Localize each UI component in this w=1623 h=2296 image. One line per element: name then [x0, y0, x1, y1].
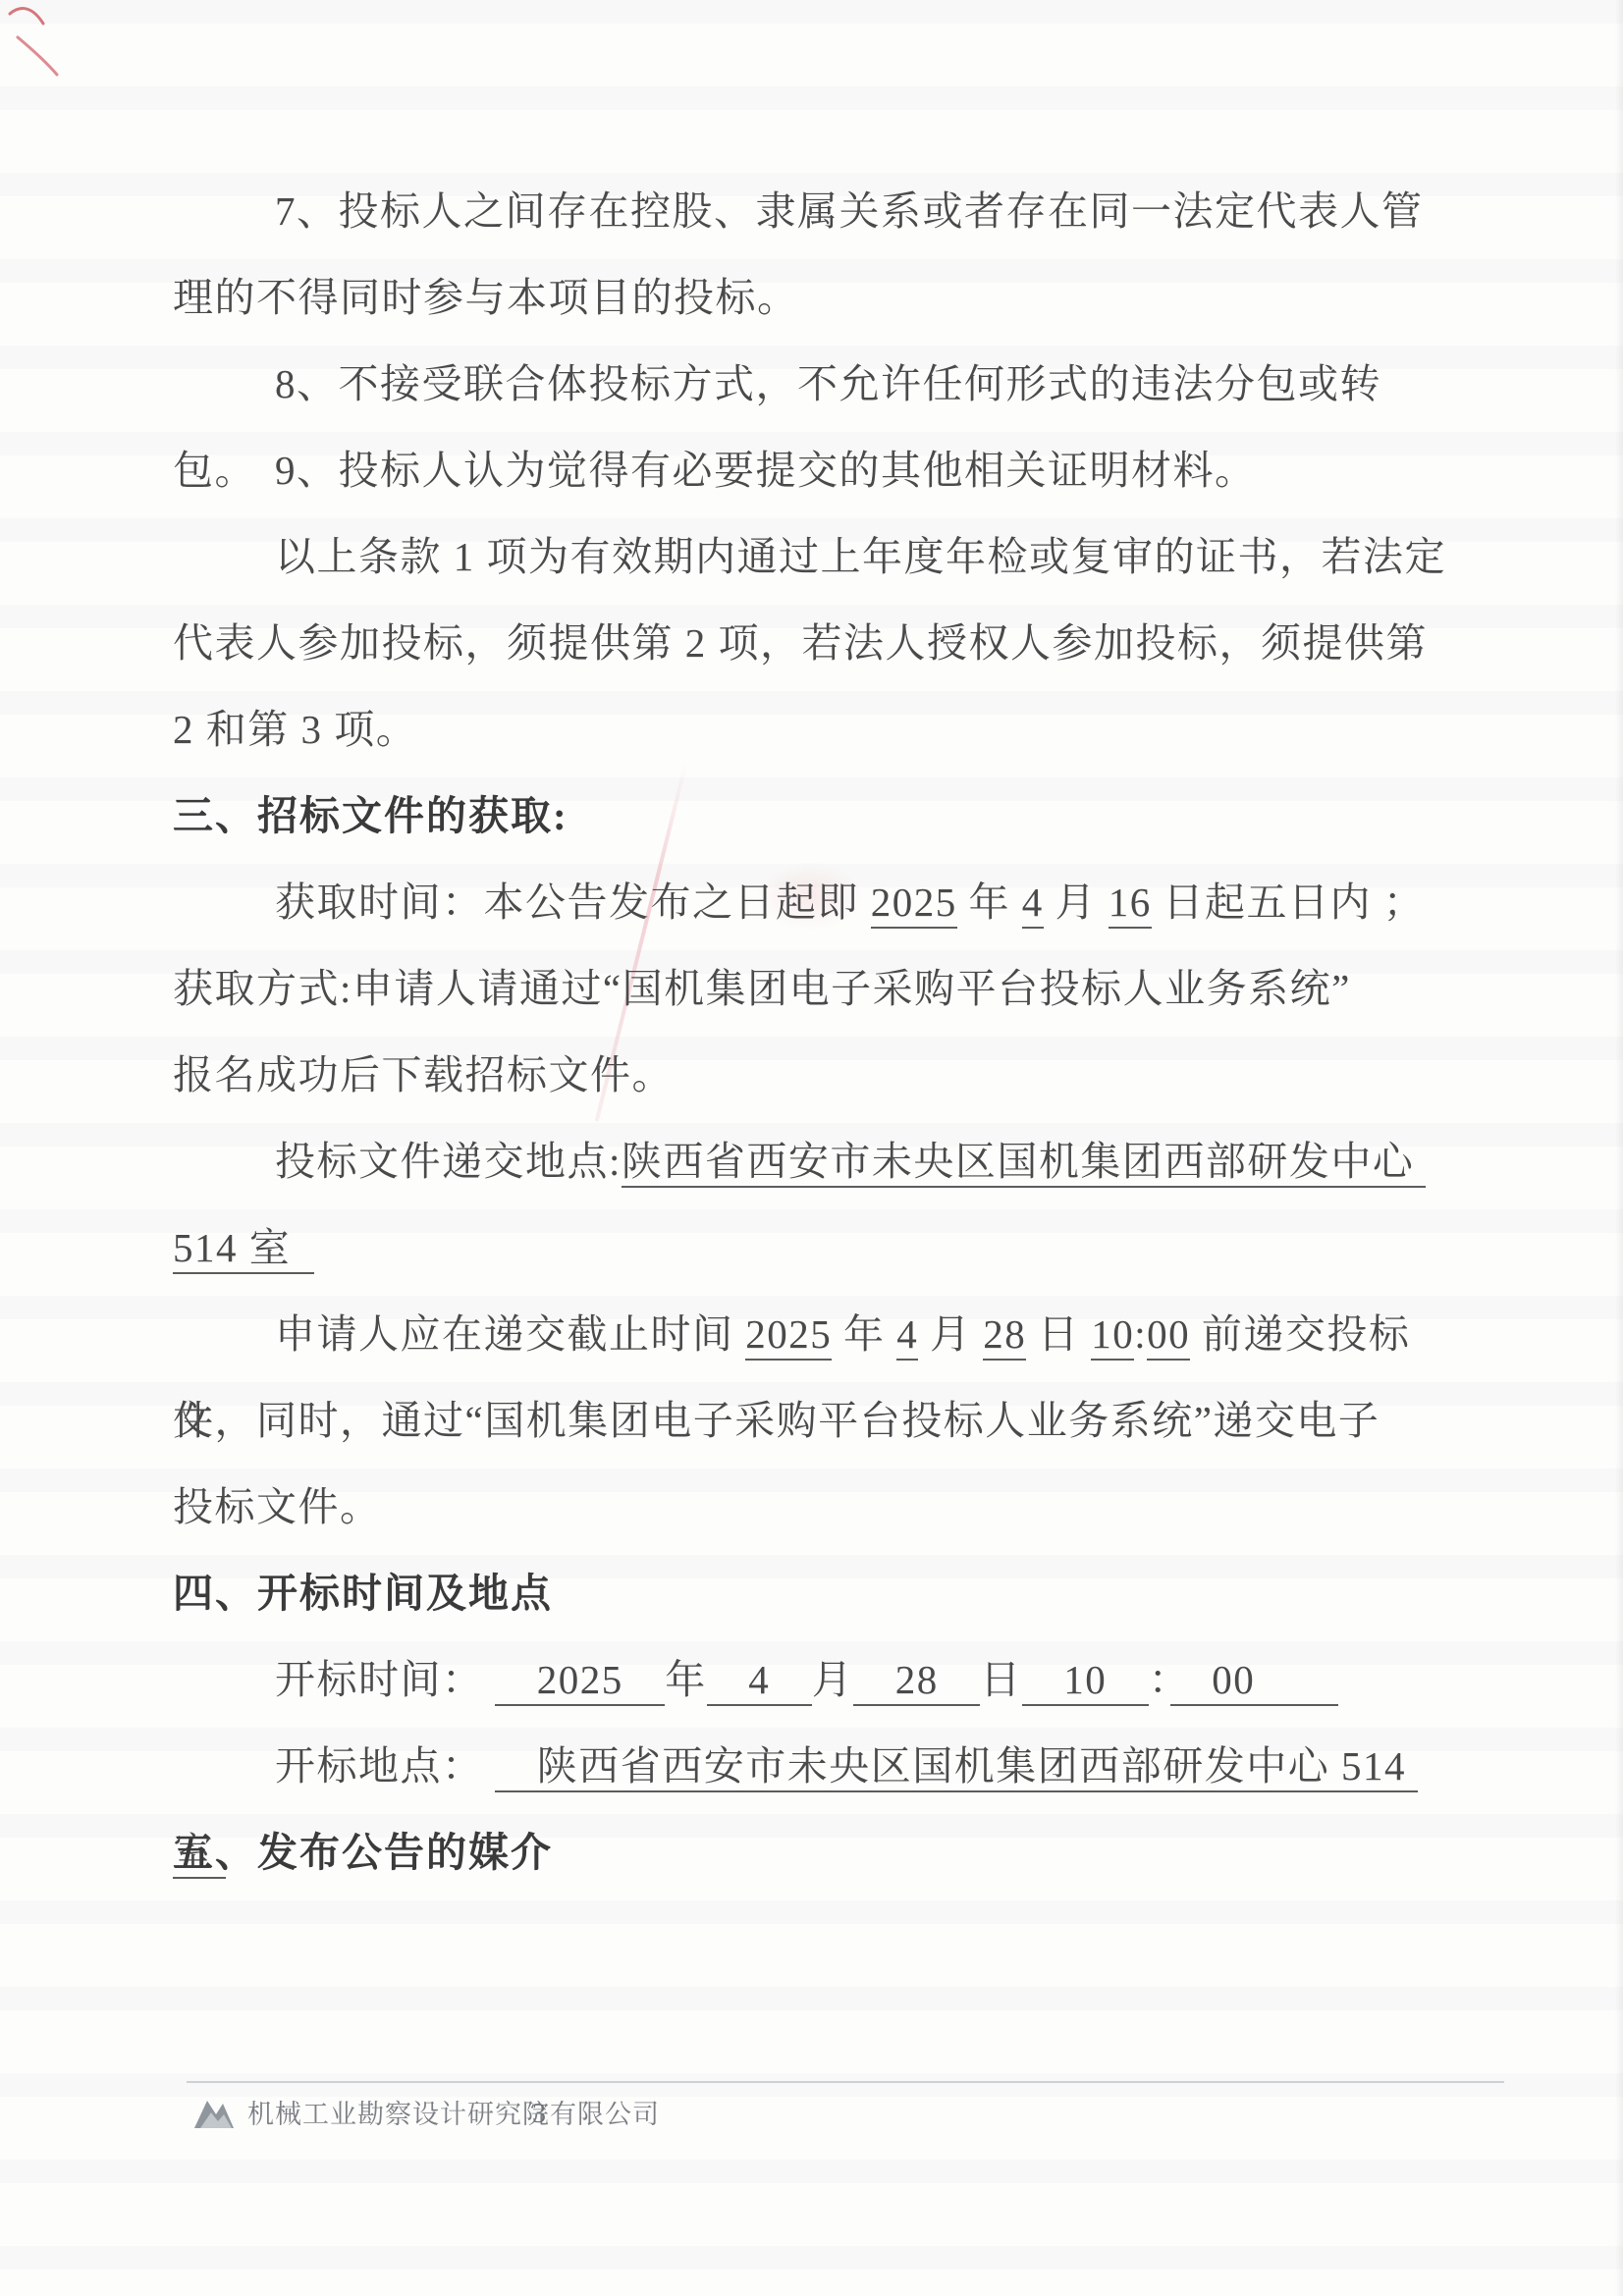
text-segment: 三、招标文件的获取:: [173, 793, 568, 838]
underlined-text: 16: [1109, 880, 1152, 929]
underlined-text: 10: [1091, 1311, 1134, 1361]
text-segment: 开标地点：: [275, 1743, 495, 1789]
text-segment: 申请人应在递交截止时间: [275, 1311, 745, 1357]
text-line: 投标文件递交地点:陕西省西安市未央区国机集团西部研发中心: [173, 1118, 1451, 1204]
text-line: 申请人应在递交截止时间 2025 年 4 月 28 日 10:00 前递交投标文: [173, 1291, 1451, 1377]
page: 7、投标人之间存在控股、隶属关系或者存在同一法定代表人管理的不得同时参与本项目的…: [0, 0, 1623, 2296]
text-line: 开标时间： 2025 年 4 月 28 日 10 ： 00: [173, 1636, 1451, 1723]
text-segment: 件，同时，通过“国机集团电子采购平台投标人业务系统”递交电子: [173, 1398, 1380, 1443]
company-name: 机械工业勘察设计研究院有限公司: [247, 2093, 660, 2131]
text-line: 开标地点： 陕西省西安市未央区国机集团西部研发中心 514 室: [173, 1723, 1451, 1809]
text-line: 2 和第 3 项。: [173, 686, 1451, 773]
text-segment: 日起五日内 ；: [1152, 880, 1426, 925]
text-line: 报名成功后下载招标文件。: [173, 1032, 1451, 1118]
text-line: 理的不得同时参与本项目的投标。: [173, 254, 1451, 341]
section-heading: 四、开标时间及地点: [173, 1550, 1451, 1636]
text-line: 代表人参加投标，须提供第 2 项，若法人授权人参加投标，须提供第: [173, 600, 1451, 686]
underlined-text: 00: [1170, 1657, 1339, 1706]
underlined-text: 4: [896, 1311, 918, 1361]
text-segment: 日: [980, 1657, 1022, 1702]
text-segment: 五、发布公告的媒介: [173, 1830, 553, 1875]
text-segment: :: [1134, 1311, 1147, 1357]
company-logo-icon: [192, 2095, 236, 2130]
text-segment: 投标文件。: [173, 1484, 382, 1529]
text-line: 514 室: [173, 1204, 1451, 1291]
text-segment: 投标文件递交地点:: [275, 1139, 622, 1184]
text-line: 获取方式:申请人请通过“国机集团电子采购平台投标人业务系统”: [173, 945, 1451, 1032]
page-number: 3: [532, 2099, 546, 2130]
text-line: 9、投标人认为觉得有必要提交的其他相关证明材料。: [173, 427, 1451, 513]
text-line: 获取时间：本公告发布之日起即 2025 年 4 月 16 日起五日内 ；: [173, 859, 1451, 945]
page-footer: 机械工业勘察设计研究院有限公司: [192, 2093, 660, 2131]
underlined-text: 4: [1022, 880, 1044, 929]
footer-divider: [187, 2081, 1504, 2083]
text-line: 投标文件。: [173, 1464, 1451, 1550]
text-segment: 月: [1044, 880, 1109, 925]
underlined-text: 4: [707, 1657, 812, 1706]
document-body: 7、投标人之间存在控股、隶属关系或者存在同一法定代表人管理的不得同时参与本项目的…: [173, 168, 1451, 1896]
text-line: 以上条款 1 项为有效期内通过上年度年检或复审的证书，若法定: [173, 513, 1451, 600]
text-segment: 获取方式:申请人请通过“国机集团电子采购平台投标人业务系统”: [173, 966, 1351, 1011]
text-line: 8、不接受联合体投标方式，不允许任何形式的违法分包或转包。: [173, 341, 1451, 427]
underlined-text: 2025: [495, 1657, 665, 1706]
underlined-text: 2025: [871, 880, 957, 929]
scan-edge: [1615, 0, 1623, 2296]
text-segment: 年: [957, 880, 1022, 925]
underlined-text: 10: [1022, 1657, 1149, 1706]
text-segment: 四、开标时间及地点: [173, 1571, 553, 1616]
text-segment: 获取时间：本公告发布之日起即: [275, 880, 871, 925]
text-segment: 日: [1026, 1311, 1091, 1357]
underlined-text: 2025: [745, 1311, 832, 1361]
underlined-text: 陕西省西安市未央区国机集团西部研发中心: [622, 1139, 1426, 1188]
text-segment: 7、投标人之间存在控股、隶属关系或者存在同一法定代表人管: [275, 188, 1424, 234]
text-segment: 月: [812, 1657, 854, 1702]
text-segment: 代表人参加投标，须提供第 2 项，若法人授权人参加投标，须提供第: [173, 620, 1428, 666]
text-segment: 年: [665, 1657, 707, 1702]
text-line: 件，同时，通过“国机集团电子采购平台投标人业务系统”递交电子: [173, 1377, 1451, 1464]
underlined-text: 00: [1147, 1311, 1190, 1361]
section-heading: 三、招标文件的获取:: [173, 773, 1451, 859]
text-segment: 开标时间：: [275, 1657, 495, 1702]
text-segment: 报名成功后下载招标文件。: [173, 1052, 674, 1097]
text-segment: 9、投标人认为觉得有必要提交的其他相关证明材料。: [275, 448, 1257, 493]
underlined-text: 514 室: [173, 1225, 314, 1274]
underlined-text: 28: [853, 1657, 980, 1706]
text-segment: 理的不得同时参与本项目的投标。: [173, 275, 799, 320]
text-line: 7、投标人之间存在控股、隶属关系或者存在同一法定代表人管: [173, 168, 1451, 254]
text-segment: 2 和第 3 项。: [173, 707, 417, 752]
text-segment: 以上条款 1 项为有效期内通过上年度年检或复审的证书，若法定: [275, 534, 1446, 579]
pen-scribble-icon: [4, 2, 82, 90]
text-segment: ：: [1149, 1657, 1170, 1702]
underlined-text: 28: [983, 1311, 1026, 1361]
text-segment: 年: [832, 1311, 896, 1357]
section-heading: 五、发布公告的媒介: [173, 1809, 1451, 1896]
text-segment: 月: [918, 1311, 983, 1357]
